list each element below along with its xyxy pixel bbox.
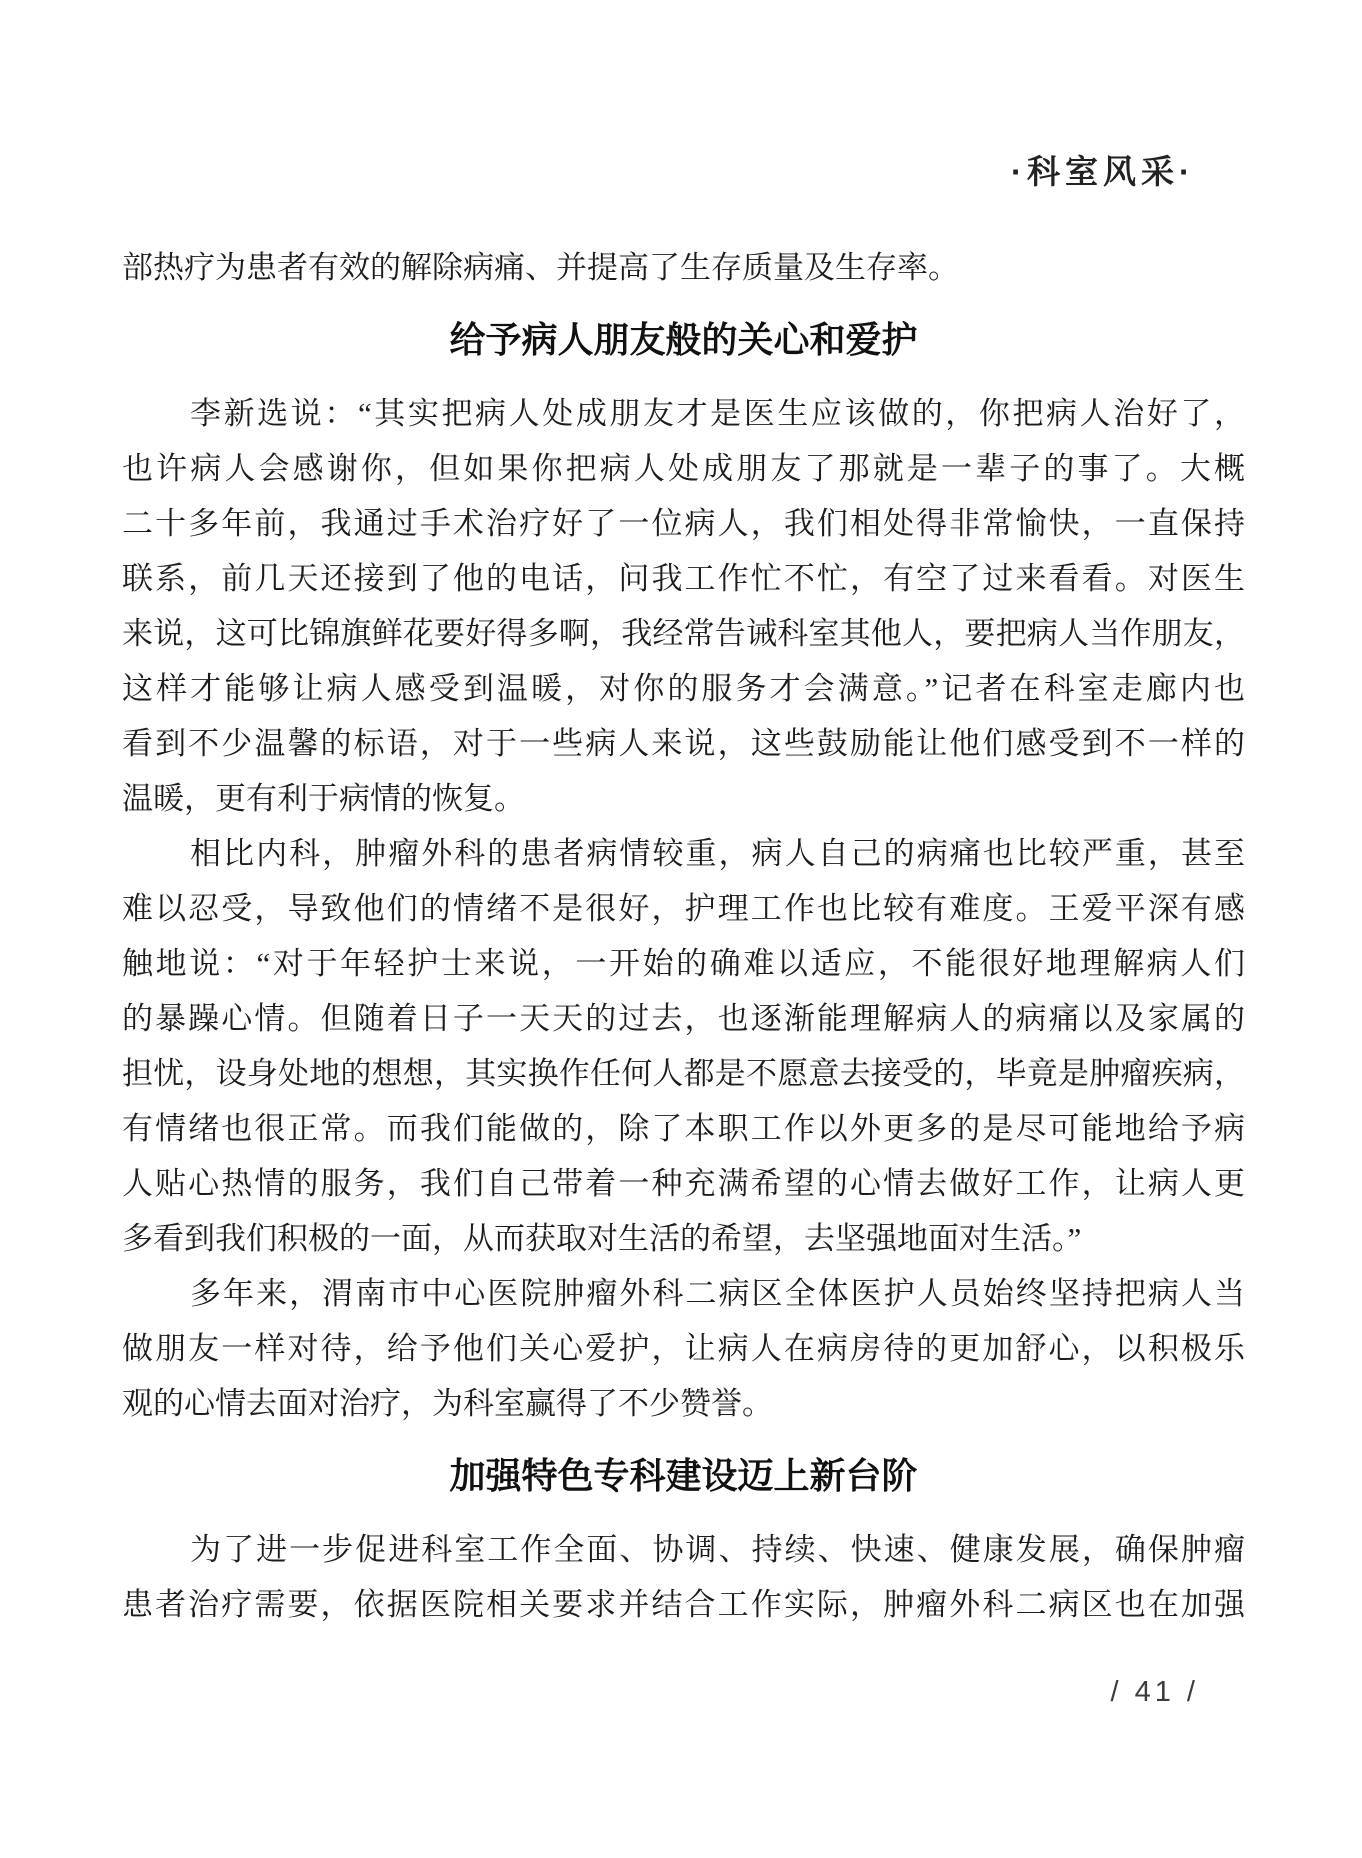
body-text-line: 温暖，更有利于病情的恢复。 xyxy=(122,771,1245,826)
section-heading: 给予病人朋友般的关心和爱护 xyxy=(122,313,1245,368)
body-text-line: 担忧，设身处地的想想，其实换作任何人都是不愿意去接受的，毕竟是肿瘤疾病， xyxy=(122,1046,1245,1101)
body-text-line: 有情绪也很正常。而我们能做的，除了本职工作以外更多的是尽可能地给予病 xyxy=(122,1101,1245,1156)
body-text-line: 联系，前几天还接到了他的电话，问我工作忙不忙，有空了过来看看。对医生 xyxy=(122,551,1245,606)
body-text-line: 人贴心热情的服务，我们自己带着一种充满希望的心情去做好工作，让病人更 xyxy=(122,1156,1245,1211)
document-page: ·科室风采· 部热疗为患者有效的解除病痛、并提高了生存质量及生存率。给予病人朋友… xyxy=(0,0,1362,1858)
body-text-line: 为了进一步促进科室工作全面、协调、持续、快速、健康发展，确保肿瘤 xyxy=(122,1522,1245,1577)
body-text-line: 难以忍受，导致他们的情绪不是很好，护理工作也比较有难度。王爱平深有感 xyxy=(122,881,1245,936)
body-text-line: 看到不少温馨的标语，对于一些病人来说，这些鼓励能让他们感受到不一样的 xyxy=(122,716,1245,771)
body-text-line: 李新选说：“其实把病人处成朋友才是医生应该做的，你把病人治好了， xyxy=(122,386,1245,441)
body-text-line: 多年来，渭南市中心医院肿瘤外科二病区全体医护人员始终坚持把病人当 xyxy=(122,1266,1245,1321)
body-text-line: 的暴躁心情。但随着日子一天天的过去，也逐渐能理解病人的病痛以及家属的 xyxy=(122,991,1245,1046)
body-text-line: 相比内科，肿瘤外科的患者病情较重，病人自己的病痛也比较严重，甚至 xyxy=(122,826,1245,881)
body-text-line: 来说，这可比锦旗鲜花要好得多啊，我经常告诫科室其他人，要把病人当作朋友， xyxy=(122,606,1245,661)
body-text-line: 做朋友一样对待，给予他们关心爱护，让病人在病房待的更加舒心，以积极乐 xyxy=(122,1321,1245,1376)
article-body: 部热疗为患者有效的解除病痛、并提高了生存质量及生存率。给予病人朋友般的关心和爱护… xyxy=(122,240,1245,1632)
section-header-label: ·科室风采· xyxy=(1011,146,1195,193)
body-text-line: 也许病人会感谢你，但如果你把病人处成朋友了那就是一辈子的事了。大概 xyxy=(122,441,1245,496)
body-text-line: 二十多年前，我通过手术治疗好了一位病人，我们相处得非常愉快，一直保持 xyxy=(122,496,1245,551)
body-text-line: 多看到我们积极的一面，从而获取对生活的希望，去坚强地面对生活。” xyxy=(122,1211,1245,1266)
body-text-line: 观的心情去面对治疗，为科室赢得了不少赞誉。 xyxy=(122,1376,1245,1431)
body-text-line: 这样才能够让病人感受到温暖，对你的服务才会满意。”记者在科室走廊内也 xyxy=(122,661,1245,716)
body-text-line: 部热疗为患者有效的解除病痛、并提高了生存质量及生存率。 xyxy=(122,240,1245,295)
section-heading: 加强特色专科建设迈上新台阶 xyxy=(122,1449,1245,1504)
body-text-line: 触地说：“对于年轻护士来说，一开始的确难以适应，不能很好地理解病人们 xyxy=(122,936,1245,991)
body-text-line: 患者治疗需要，依据医院相关要求并结合工作实际，肿瘤外科二病区也在加强 xyxy=(122,1577,1245,1632)
page-number: / 41 / xyxy=(1111,1676,1200,1709)
